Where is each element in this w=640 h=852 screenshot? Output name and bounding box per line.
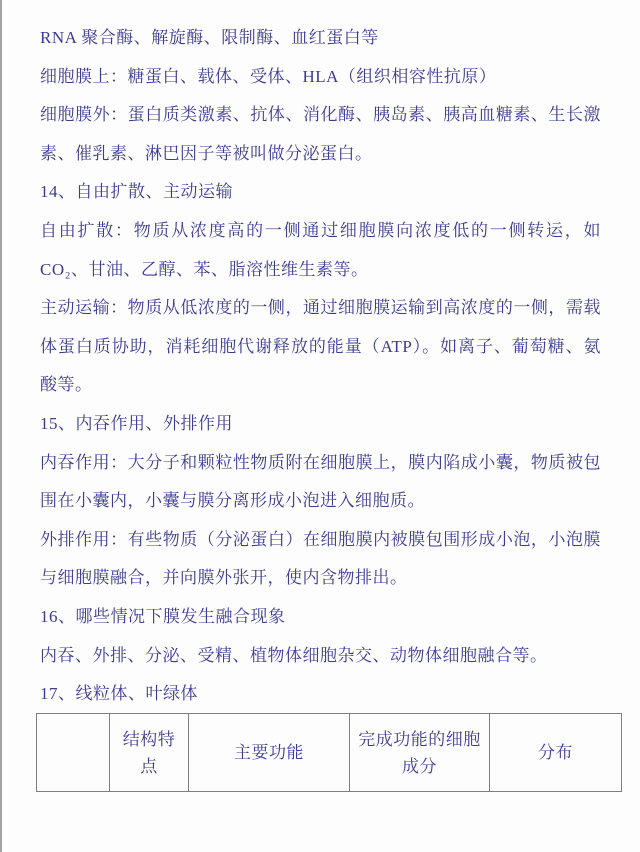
text-line: 16、哪些情况下膜发生融合现象 xyxy=(40,598,601,637)
text-line: 14、自由扩散、主动运输 xyxy=(40,173,601,212)
text-line: 内吞、外排、分泌、受精、植物体细胞杂交、动物体细胞融合等。 xyxy=(40,637,601,676)
text-line: 17、线粒体、叶绿体 xyxy=(40,675,601,714)
text-line: 外排作用：有些物质（分泌蛋白）在细胞膜内被膜包围形成小泡，小泡膜 xyxy=(40,521,601,560)
text-line: 细胞膜上：糖蛋白、载体、受体、HLA（组织相容性抗原） xyxy=(40,58,601,97)
organelle-comparison-table: 结构特点主要功能完成功能的细胞成分分布 xyxy=(36,713,622,792)
table-header-cell: 完成功能的细胞成分 xyxy=(350,714,490,792)
text-line: 酸等。 xyxy=(40,366,601,405)
text-line: 内吞作用：大分子和颗粒性物质附在细胞膜上，膜内陷成小囊，物质被包 xyxy=(40,444,601,483)
text-line: 素、催乳素、淋巴因子等被叫做分泌蛋白。 xyxy=(40,135,601,174)
text-line: 与细胞膜融合，并向膜外张开，使内含物排出。 xyxy=(40,559,601,598)
text-line: 围在小囊内，小囊与膜分离形成小泡进入细胞质。 xyxy=(40,482,601,521)
notes-text-block: RNA 聚合酶、解旋酶、限制酶、血红蛋白等细胞膜上：糖蛋白、载体、受体、HLA（… xyxy=(40,19,601,714)
left-edge-line xyxy=(0,0,2,852)
text-line: 自由扩散：物质从浓度高的一侧通过细胞膜向浓度低的一侧转运，如 O₂、 xyxy=(40,212,601,251)
text-line: 细胞膜外：蛋白质类激素、抗体、消化酶、胰岛素、胰高血糖素、生长激 xyxy=(40,96,601,135)
text-line: 体蛋白质协助，消耗细胞代谢释放的能量（ATP）。如离子、葡萄糖、氨基 xyxy=(40,328,601,367)
text-line: 主动运输：物质从低浓度的一侧，通过细胞膜运输到高浓度的一侧，需载 xyxy=(40,289,601,328)
table-header-cell: 分布 xyxy=(490,714,622,792)
text-line: CO₂、甘油、乙醇、苯、脂溶性维生素等。 xyxy=(40,251,601,290)
table-header-cell: 结构特点 xyxy=(110,714,189,792)
text-line: 15、内吞作用、外排作用 xyxy=(40,405,601,444)
table-header-cell xyxy=(37,714,110,792)
table-header-row: 结构特点主要功能完成功能的细胞成分分布 xyxy=(37,714,622,792)
text-line: RNA 聚合酶、解旋酶、限制酶、血红蛋白等 xyxy=(40,19,601,58)
table-header-cell: 主要功能 xyxy=(189,714,350,792)
document-page: RNA 聚合酶、解旋酶、限制酶、血红蛋白等细胞膜上：糖蛋白、载体、受体、HLA（… xyxy=(0,0,640,852)
